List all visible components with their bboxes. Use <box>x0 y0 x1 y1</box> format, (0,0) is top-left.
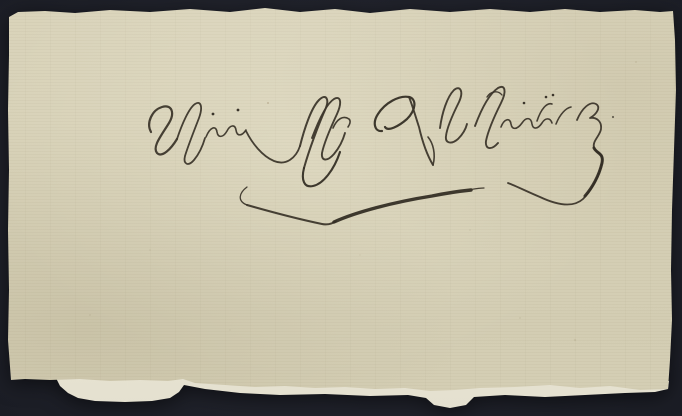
inscription-word-1 <box>149 97 350 186</box>
inscription-word-2 <box>375 87 614 205</box>
handwritten-inscription <box>0 0 682 416</box>
photo-background: Rheinische Absurdität <box>0 0 682 416</box>
manuscript <box>0 0 682 416</box>
ink-flourish <box>240 187 484 224</box>
